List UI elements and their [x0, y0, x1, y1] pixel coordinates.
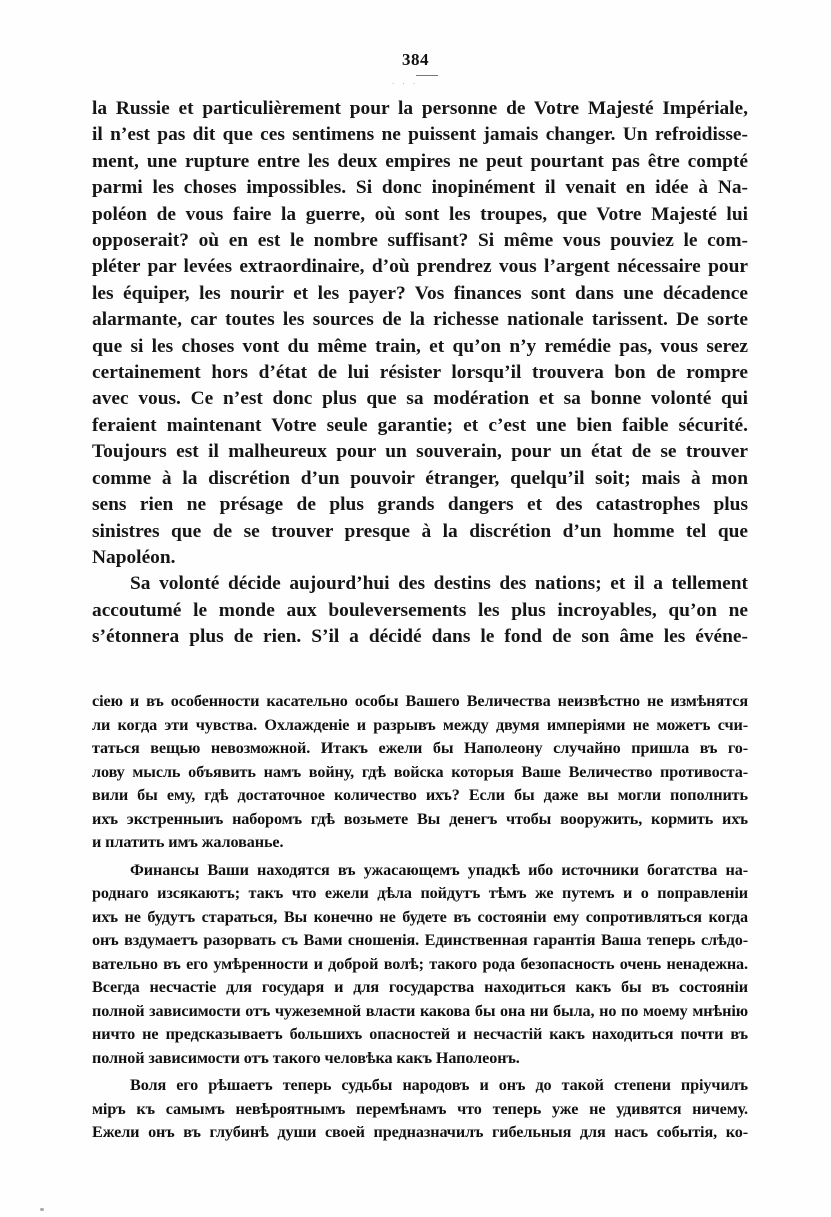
russian-line: вили бы ему, гдѣ достаточное количество … [92, 784, 748, 808]
russian-line: полной зависимости отъ такого человѣка к… [92, 1047, 748, 1071]
french-line: pléter par levées extraordinaire, d’où p… [92, 254, 748, 280]
russian-line: роднаго изсякаютъ; такъ что ежели дѣла п… [92, 882, 748, 906]
russian-line: ничто не предсказываетъ большихъ опаснос… [92, 1023, 748, 1047]
russian-text-block: сiею и въ особенности касательно особы В… [92, 690, 748, 1145]
russian-line: ихъ экстренныиъ наборомъ гдѣ возьмете Вы… [92, 808, 748, 832]
french-line: Toujours est il malheureux pour un souve… [92, 439, 748, 465]
french-line: Sa volonté décide aujourd’hui des destin… [92, 571, 748, 597]
scan-mark [40, 1208, 44, 1211]
french-line: s’étonnera plus de rien. S’il a décidé d… [92, 624, 748, 650]
french-line: les équiper, les nourir et les payer? Vo… [92, 281, 748, 307]
french-line: poléon de vous faire la guerre, où sont … [92, 202, 748, 228]
russian-line: ли когда эти чувства. Охлажденie и разры… [92, 714, 748, 738]
russian-line: лову мысль объявить намъ войну, гдѣ войс… [92, 761, 748, 785]
russian-line: полной зависимости отъ чужеземной власти… [92, 1000, 748, 1024]
page-number-underline [416, 75, 438, 76]
russian-line: Всегда несчастiе для государя и для госу… [92, 976, 748, 1000]
russian-line: мiръ къ самымъ невѣроятнымъ перемѣнамъ ч… [92, 1098, 748, 1122]
french-line: sens rien ne présage de plus grands dang… [92, 492, 748, 518]
russian-line: онъ вздумаетъ разорвать съ Вами сношенiя… [92, 929, 748, 953]
french-line: accoutumé le monde aux bouleversements l… [92, 598, 748, 624]
scan-dots: . . . [392, 77, 418, 86]
french-line: comme à la discrétion d’un pouvoir étran… [92, 466, 748, 492]
document-page: 384 . . . la Russie et particulièrement … [0, 0, 831, 1217]
french-line: la Russie et particulièrement pour la pe… [92, 96, 748, 122]
russian-line: Ежели онъ въ глубинѣ души своей предназн… [92, 1121, 748, 1145]
french-line: certainement hors d’état de lui résister… [92, 360, 748, 386]
french-line: Napoléon. [92, 545, 748, 571]
russian-line: таться вещью невозможной. Итакъ ежели бы… [92, 737, 748, 761]
french-line: avec vous. Ce n’est donc plus que sa mod… [92, 386, 748, 412]
french-line: alarmante, car toutes les sources de la … [92, 307, 748, 333]
french-line: que si les choses vont du même train, et… [92, 334, 748, 360]
russian-line: ихъ не будутъ стараться, Вы конечно не б… [92, 906, 748, 930]
french-line: parmi les choses impossibles. Si donc in… [92, 175, 748, 201]
russian-line: Финансы Ваши находятся въ ужасающемъ упа… [92, 859, 748, 883]
page-number: 384 [0, 50, 831, 70]
french-line: il n’est pas dit que ces sentimens ne pu… [92, 122, 748, 148]
french-line: ment, une rupture entre les deux empires… [92, 149, 748, 175]
french-line: opposerait? où en est le nombre suffisan… [92, 228, 748, 254]
russian-line: Воля его рѣшаетъ теперь судьбы народовъ … [92, 1074, 748, 1098]
russian-line: и платить имъ жалованье. [92, 831, 748, 855]
french-text-block: la Russie et particulièrement pour la pe… [92, 96, 748, 651]
french-line: sinistres que de se trouver presque à la… [92, 519, 748, 545]
french-line: feraient maintenant Votre seule garantie… [92, 413, 748, 439]
russian-line: вательно въ его умѣренности и доброй вол… [92, 953, 748, 977]
russian-line: сiею и въ особенности касательно особы В… [92, 690, 748, 714]
